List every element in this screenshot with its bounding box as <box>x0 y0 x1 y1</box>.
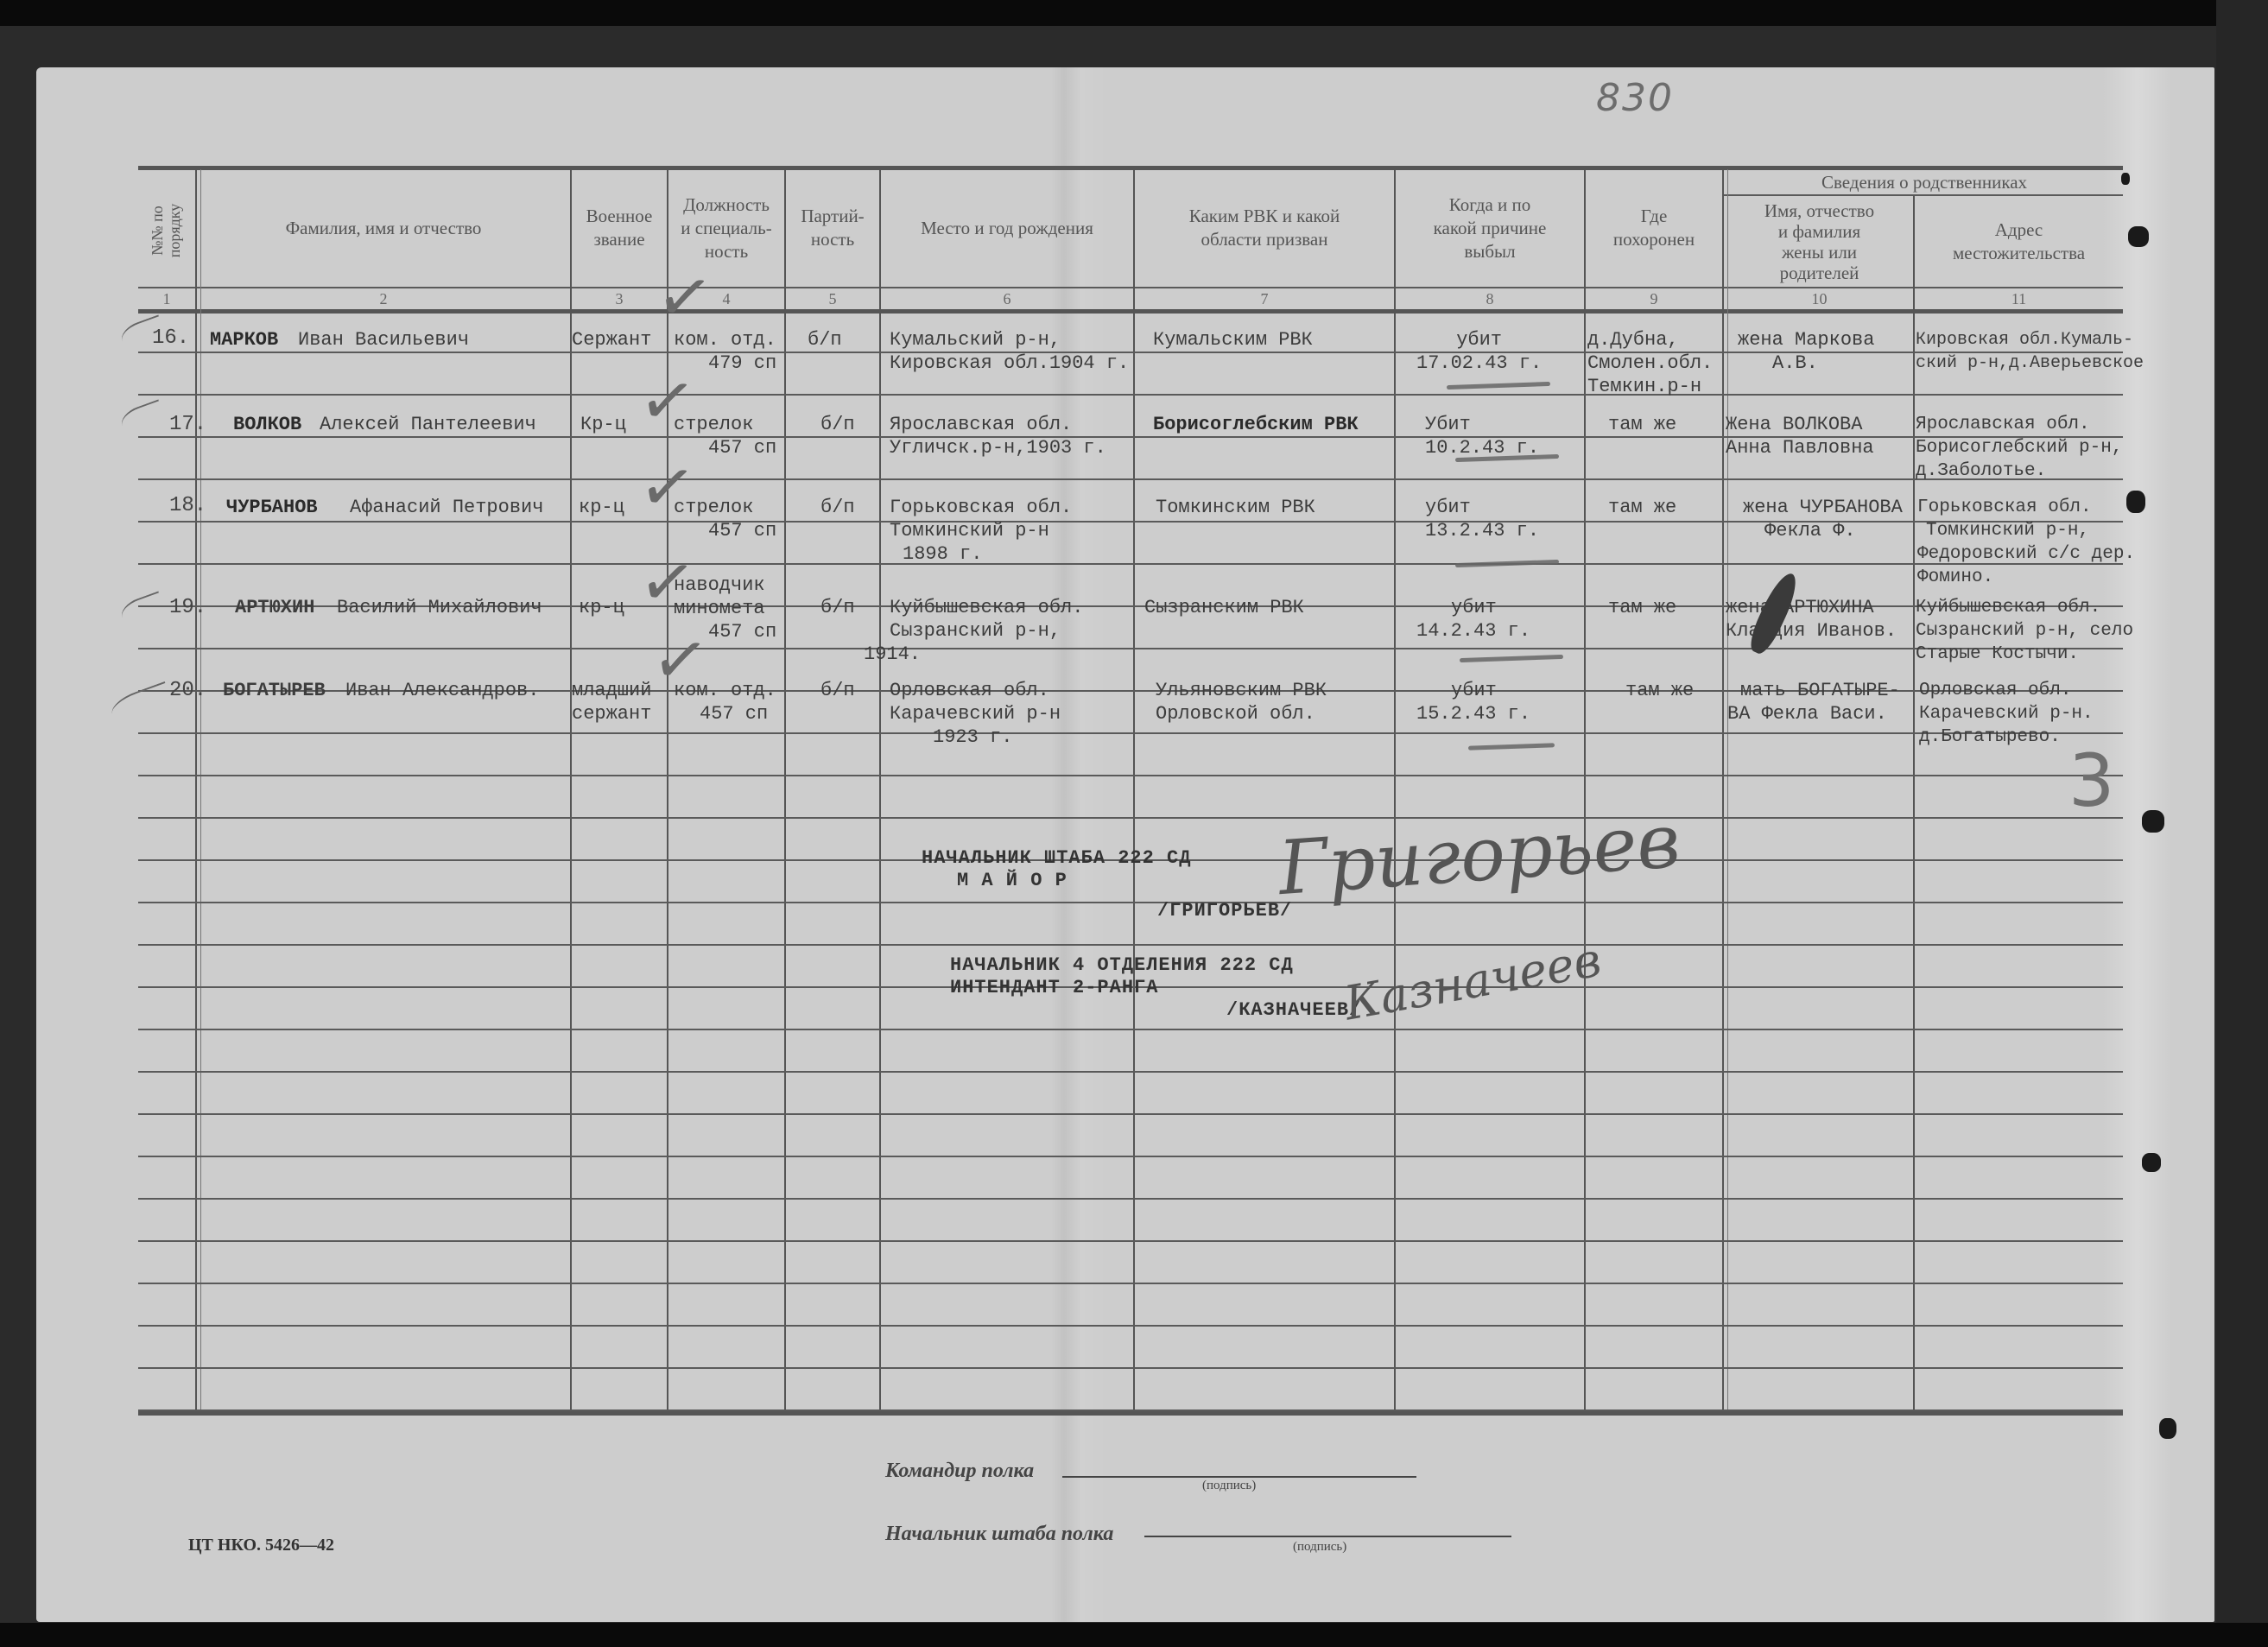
dept-chief-title: НАЧАЛЬНИК 4 ОТДЕЛЕНИЯ 222 СД <box>950 955 1294 976</box>
header-col2: Фамилия, имя и отчество <box>197 169 570 287</box>
rvk: Борисоглебским РВК <box>1153 413 1359 436</box>
birth: Ярославская обл.Угличск.р-н,1903 г. <box>890 413 1106 459</box>
row-number: 17. <box>169 413 206 436</box>
given-name: Алексей Пантелеевич <box>320 413 536 436</box>
line: младший <box>572 680 651 701</box>
reason: убит15.2.43 г. <box>1416 679 1530 725</box>
line: 17.02.43 г. <box>1416 352 1542 374</box>
line: убит <box>1416 597 1497 618</box>
surname: БОГАТЫРЕВ <box>223 679 326 702</box>
birth: Кумальский р-н,Кировская обл.1904 г. <box>890 328 1129 375</box>
line: Убит <box>1425 414 1471 435</box>
colnum: 7 <box>1135 290 1394 308</box>
line: жена ЧУРБАНОВА <box>1743 497 1903 518</box>
rank: младшийсержант <box>572 679 651 725</box>
col-divider <box>1913 195 1915 1411</box>
line: Томкинский р-н <box>890 520 1049 542</box>
surname: АРТЮХИН <box>235 596 314 619</box>
header-col8: Когда и по какой причине выбыл <box>1396 169 1584 287</box>
row-rule <box>138 1156 2123 1157</box>
line: Сызранский р-н, <box>890 620 1061 642</box>
line: Орловская обл. <box>1919 681 2071 700</box>
address: Кировская обл.Кумаль-ский р-н,д.Аверьевс… <box>1916 328 2144 375</box>
line: Орловской обл. <box>1156 703 1315 725</box>
punch-hole <box>2126 491 2145 513</box>
line: Карачевский р-н. <box>1919 704 2094 724</box>
relative: Жена ВОЛКОВААнна Павловна <box>1726 413 1874 459</box>
line: 13.2.43 г. <box>1425 520 1539 542</box>
line: Ярославская обл. <box>890 414 1072 435</box>
header-text: №№ по <box>149 206 166 255</box>
row-number: 19. <box>169 596 206 619</box>
relative: мать БОГАТЫРЕ-ВА Фекла Васи. <box>1727 679 1900 725</box>
line: 457 сп <box>674 703 768 725</box>
colnum: 1 <box>138 290 195 308</box>
colnum: 6 <box>881 290 1133 308</box>
staff-chief-label: Начальник штаба полка <box>885 1523 1113 1546</box>
colnum: 11 <box>1915 290 2123 308</box>
line: убит <box>1456 329 1502 351</box>
header-col1: №№ по порядку <box>149 179 183 282</box>
staff-chief-signature-line <box>1144 1536 1511 1537</box>
address: Горьковская обл.Томкинский р-н,Федоровск… <box>1917 496 2135 589</box>
pencil-mark: 3 <box>2068 738 2114 823</box>
table-bottom-border <box>138 1411 2123 1416</box>
line: Карачевский р-н <box>890 703 1061 725</box>
line: Борисоглебский р-н, <box>1916 438 2122 458</box>
row-rule <box>138 1071 2123 1073</box>
header-col7: Каким РВК и какой области призван <box>1135 169 1394 287</box>
buried: д.Дубна,Смолен.обл.Темкин.р-н <box>1587 328 1713 398</box>
checkmark-icon: ✓ <box>634 446 700 530</box>
rank: Сержант <box>572 328 651 352</box>
punch-hole <box>2159 1418 2176 1439</box>
row-rule <box>138 1113 2123 1115</box>
line: 1898 г. <box>890 543 982 565</box>
given-name: Иван Александров. <box>345 679 539 702</box>
header-text: жены или <box>1782 242 1857 263</box>
commander-signature-line <box>1062 1476 1416 1478</box>
line: Темкин.р-н <box>1587 376 1701 397</box>
colnum: 9 <box>1586 290 1722 308</box>
checkmark-icon: ✓ <box>647 618 713 703</box>
line: Орловская обл. <box>890 680 1049 701</box>
line: сержант <box>572 703 651 725</box>
party: б/п <box>820 413 855 436</box>
sheet-number: 830 <box>1596 76 1674 120</box>
line: ский р-н,д.Аверьевское <box>1916 353 2144 373</box>
line: Жена ВОЛКОВА <box>1726 414 1862 435</box>
header-col5: Партий- ность <box>786 169 879 287</box>
surname: МАРКОВ <box>210 328 278 352</box>
scan-background-bottom <box>0 1623 2268 1647</box>
reason: убит17.02.43 г. <box>1416 328 1542 375</box>
colnum: 2 <box>197 290 570 308</box>
dept-chief-name: /КАЗНАЧЕЕВ/ <box>1226 1000 1361 1021</box>
given-name: Иван Васильевич <box>298 328 469 352</box>
row-rule <box>138 775 2123 776</box>
row-rule <box>138 394 2123 396</box>
header-text: родителей <box>1780 263 1859 283</box>
party: б/п <box>820 596 855 619</box>
line: жена Маркова <box>1738 329 1874 351</box>
row-rule <box>138 1325 2123 1327</box>
checkmark-icon: ✓ <box>634 541 700 625</box>
party: б/п <box>820 496 855 519</box>
header-text: звание <box>593 228 644 251</box>
line: А.В. <box>1738 352 1818 374</box>
line: 14.2.43 г. <box>1416 620 1530 642</box>
col-divider <box>1722 169 1728 1411</box>
header-text: Военное <box>586 205 653 228</box>
buried: там же <box>1608 496 1676 519</box>
line: жена АРТЮХИНА <box>1726 597 1874 618</box>
header-text: ность <box>811 228 854 251</box>
checkmark-icon: ✓ <box>634 359 700 444</box>
punch-hole <box>2121 173 2130 185</box>
commander-label: Командир полка <box>885 1460 1034 1483</box>
line: д.Дубна, <box>1587 329 1679 351</box>
given-name: Василий Михайлович <box>337 596 542 619</box>
row-rule <box>138 1198 2123 1200</box>
scan-background-right <box>2216 0 2268 1647</box>
address: Ярославская обл.Борисоглебский р-н,д.Заб… <box>1916 413 2122 483</box>
relative: жена ЧУРБАНОВАФекла Ф. <box>1743 496 1903 542</box>
header-col3: Военное звание <box>572 169 667 287</box>
scan-background-top <box>0 0 2268 26</box>
punch-hole <box>2128 226 2149 247</box>
header-text: Когда и по <box>1449 193 1531 217</box>
header-text: Каким РВК и какой <box>1189 205 1340 228</box>
colnum: 10 <box>1726 290 1913 308</box>
row-rule <box>138 1029 2123 1030</box>
line: д.Заболотье. <box>1916 461 2046 481</box>
col-divider <box>195 169 201 1411</box>
surname: ЧУРБАНОВ <box>226 496 318 519</box>
colnum: 3 <box>572 290 667 308</box>
line: 15.2.43 г. <box>1416 703 1530 725</box>
row-number: 20. <box>169 679 206 702</box>
line: Федоровский с/с дер. <box>1917 544 2135 564</box>
header-text: ность <box>705 240 748 263</box>
col-divider <box>570 169 572 1411</box>
header-text: Адрес <box>1995 219 2043 242</box>
rvk: Томкинским РВК <box>1156 496 1315 519</box>
header-text: похоронен <box>1613 228 1695 251</box>
buried: там же <box>1608 413 1676 436</box>
commander-sub: (подпись) <box>1202 1479 1256 1493</box>
row-rule <box>138 732 2123 734</box>
header-col10: Имя, отчество и фамилия жены или родител… <box>1726 196 1913 287</box>
rank: Кр-ц <box>580 413 626 436</box>
line: 1923 г. <box>890 726 1012 748</box>
row-rule <box>138 1409 2123 1411</box>
header-divider <box>138 287 2123 288</box>
staff-chief-sub: (подпись) <box>1293 1540 1346 1555</box>
line: Старые Костычи. <box>1916 644 2079 664</box>
col-divider <box>784 169 786 1411</box>
line: Куйбышевская обл. <box>890 597 1083 618</box>
row-rule <box>138 944 2123 946</box>
checkmark-icon: ✓ <box>651 256 718 340</box>
line: 1914. <box>864 643 921 665</box>
header-text: Имя, отчество <box>1764 200 1874 221</box>
birth: Куйбышевская обл.Сызранский р-н,1914. <box>890 596 1083 666</box>
rvk: Кумальским РВК <box>1153 328 1313 352</box>
line: ВА Фекла Васи. <box>1727 703 1887 725</box>
header-text: какой причине <box>1434 217 1547 240</box>
row-rule <box>138 902 2123 903</box>
party: б/п <box>820 679 855 702</box>
col-divider <box>1394 169 1396 1411</box>
line: Смолен.обл. <box>1587 352 1713 374</box>
line: Кумальский р-н, <box>890 329 1061 351</box>
line: мать БОГАТЫРЕ- <box>1727 680 1900 701</box>
form-code: ЦТ НКО. 5426—42 <box>188 1536 334 1555</box>
dept-chief-rank: ИНТЕНДАНТ 2-РАНГА <box>950 978 1158 998</box>
header-text: и специаль- <box>681 217 771 240</box>
chief-of-staff-rank: М А Й О Р <box>957 871 1067 891</box>
line: Куйбышевская обл. <box>1916 598 2100 618</box>
birth: Орловская обл.Карачевский р-н1923 г. <box>890 679 1061 749</box>
line: Анна Павловна <box>1726 437 1874 459</box>
party: б/п <box>808 328 842 352</box>
punch-hole <box>2142 1153 2161 1172</box>
line: убит <box>1416 680 1497 701</box>
header-col6: Место и год рождения <box>881 169 1133 287</box>
header-text: и фамилия <box>1778 221 1860 242</box>
rank: кр-ц <box>579 496 624 519</box>
line: Горьковская обл. <box>890 497 1072 518</box>
col-divider <box>1584 169 1586 1411</box>
line: Угличск.р-н,1903 г. <box>890 437 1106 459</box>
birth: Горьковская обл.Томкинский р-н1898 г. <box>890 496 1072 566</box>
row-rule <box>138 1367 2123 1369</box>
line: д.Богатырево. <box>1919 727 2061 747</box>
col-divider <box>667 169 668 1411</box>
chief-of-staff-name: /ГРИГОРЬЕВ/ <box>1157 901 1292 922</box>
line: Ульяновским РВК <box>1156 680 1327 701</box>
line: Горьковская обл. <box>1917 497 2092 517</box>
header-col9: Где похоронен <box>1586 169 1722 287</box>
rvk: Сызранским РВК <box>1144 596 1304 619</box>
address: Куйбышевская обл.Сызранский р-н, селоСта… <box>1916 596 2133 666</box>
rank: кр-ц <box>579 596 624 619</box>
header-text: Должность <box>683 193 770 217</box>
colnum: 5 <box>786 290 879 308</box>
row-rule <box>138 817 2123 819</box>
header-text: области призван <box>1201 228 1328 251</box>
line: Сызранский р-н, село <box>1916 621 2133 641</box>
chief-of-staff-title: НАЧАЛЬНИК ШТАБА 222 СД <box>922 848 1191 869</box>
reason: убит14.2.43 г. <box>1416 596 1530 643</box>
header-text: выбыл <box>1464 240 1515 263</box>
row-rule <box>138 1240 2123 1242</box>
line: Ярославская обл. <box>1916 415 2090 434</box>
header-text: Партий- <box>801 205 864 228</box>
address: Орловская обл.Карачевский р-н.д.Богатыре… <box>1919 679 2094 749</box>
relative: жена МарковаА.В. <box>1738 328 1874 375</box>
rvk: Ульяновским РВКОрловской обл. <box>1156 679 1327 725</box>
line: Томкинский р-н, <box>1917 521 2089 541</box>
colnum-divider <box>138 309 2123 314</box>
row-number: 18. <box>169 494 206 517</box>
reason: Убит10.2.43 г. <box>1425 413 1539 459</box>
line: Кировская обл.Кумаль- <box>1916 330 2133 350</box>
buried: там же <box>1625 679 1694 702</box>
buried: там же <box>1608 596 1676 619</box>
line: убит <box>1425 497 1471 518</box>
col-divider <box>1133 169 1135 1411</box>
col-divider <box>879 169 881 1411</box>
line: Кировская обл.1904 г. <box>890 352 1129 374</box>
row-rule <box>138 563 2123 565</box>
line: Фекла Ф. <box>1743 520 1856 542</box>
reason: убит13.2.43 г. <box>1425 496 1539 542</box>
colnum: 8 <box>1396 290 1584 308</box>
given-name: Афанасий Петрович <box>350 496 543 519</box>
header-text: местожительства <box>1953 242 2085 265</box>
line: Фомино. <box>1917 567 1993 587</box>
row-rule <box>138 478 2123 480</box>
header-col11: Адрес местожительства <box>1915 196 2123 287</box>
header-relatives-group: Сведения о родственниках <box>1726 169 2123 195</box>
punch-hole <box>2142 810 2164 833</box>
surname: ВОЛКОВ <box>233 413 301 436</box>
row-rule <box>138 1283 2123 1284</box>
row-rule <box>138 648 2123 649</box>
header-text: Где <box>1641 205 1668 228</box>
header-text: порядку <box>166 204 183 258</box>
